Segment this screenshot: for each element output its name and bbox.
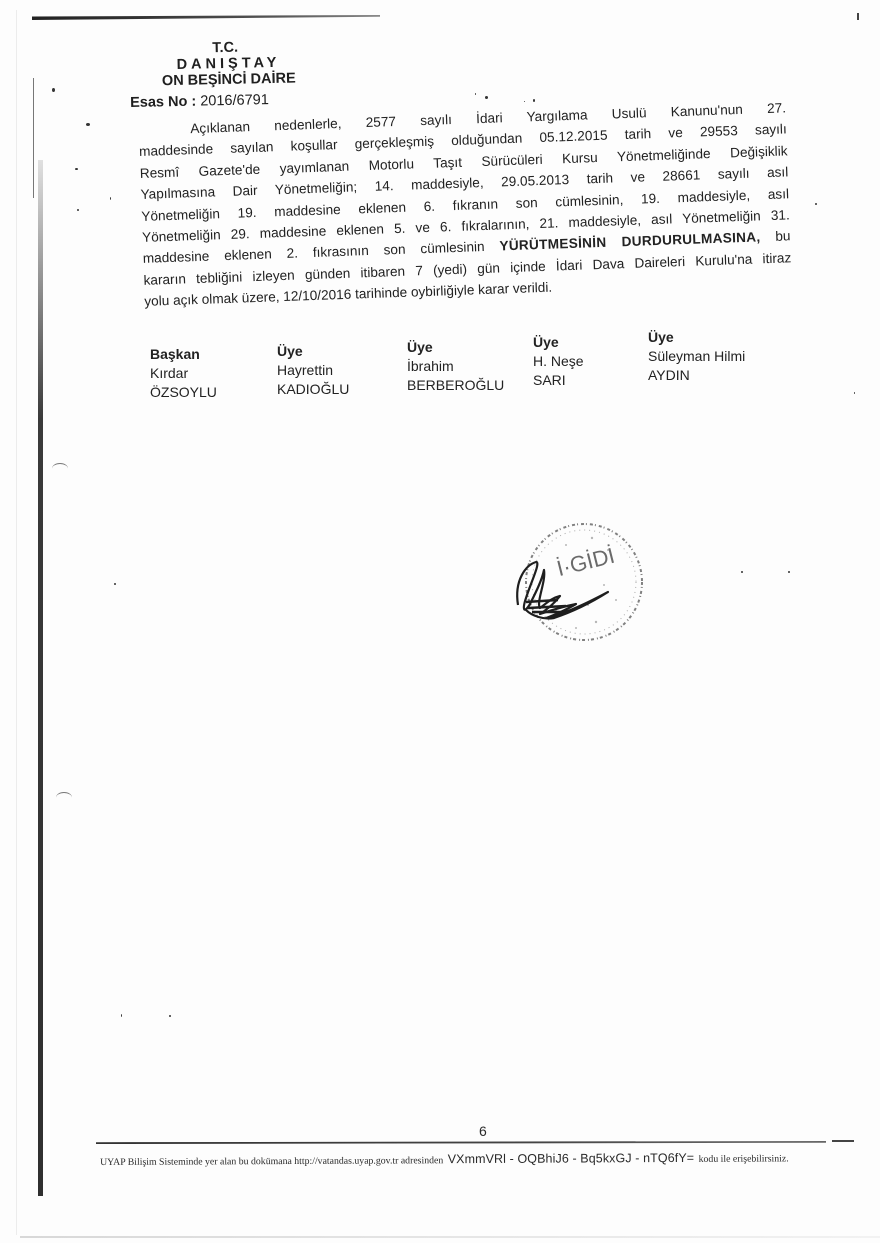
scan-speck — [86, 123, 90, 126]
corner-tick-mark — [857, 13, 859, 20]
signatory-president: Başkan Kırdar ÖZSOYLU — [150, 345, 217, 402]
signatory-role: Başkan — [150, 345, 217, 364]
punch-hole-mark — [52, 463, 68, 474]
signatory-member: Üye H. Neşe SARI — [533, 333, 584, 390]
svg-text:İ·GİDİ: İ·GİDİ — [554, 543, 617, 581]
scan-speck — [77, 209, 79, 211]
scan-speck — [121, 1014, 122, 1017]
signatory-role: Üye — [533, 333, 584, 352]
signatory-first-name: H. Neşe — [533, 352, 584, 371]
signatory-member: Üye Süleyman Hilmi AYDIN — [648, 328, 745, 385]
case-number-value: 2016/6791 — [200, 92, 269, 109]
signatory-member: Üye İbrahim BERBEROĞLU — [407, 338, 504, 395]
scan-speck — [741, 571, 743, 573]
signatory-last-name: BERBEROĞLU — [407, 376, 504, 395]
footer-rule-end — [832, 1140, 854, 1142]
verification-code: VXmmVRl - OQBhiJ6 - Bq5kxGJ - nTQ6fY= — [448, 1151, 695, 1166]
scan-speck — [524, 101, 525, 102]
verification-prefix: UYAP Bilişim Sisteminde yer alan bu dokü… — [100, 1155, 443, 1168]
header-chamber: ON BEŞİNCİ DAİRE — [129, 70, 329, 90]
page-number: 6 — [479, 1123, 487, 1139]
case-number-line: Esas No : 2016/6791 — [130, 92, 269, 111]
decision-paragraph: Açıklanan nedenlerle, 2577 sayılı İdari … — [138, 97, 792, 312]
scan-speck — [788, 571, 790, 573]
signatory-first-name: Süleyman Hilmi — [648, 347, 745, 366]
signatory-last-name: SARI — [533, 371, 584, 390]
scan-speck — [475, 93, 476, 95]
signatory-role: Üye — [407, 338, 504, 357]
verification-footer: UYAP Bilişim Sisteminde yer alan bu dokü… — [100, 1148, 789, 1170]
scan-speck — [52, 88, 55, 92]
signatory-last-name: AYDIN — [648, 366, 745, 385]
scan-edge-bottom — [20, 1236, 880, 1238]
scanned-document-page: T.C. DANIŞTAY ON BEŞİNCİ DAİRE Esas No :… — [0, 0, 880, 1243]
signatory-first-name: Hayrettin — [277, 361, 349, 380]
binding-line-top — [33, 78, 34, 198]
signatories-block: Başkan Kırdar ÖZSOYLU Üye Hayrettin KADI… — [150, 330, 790, 410]
signatory-member: Üye Hayrettin KADIOĞLU — [277, 342, 349, 399]
official-seal-stamp: İ·GİDİ — [496, 510, 646, 660]
scan-edge-left — [16, 10, 17, 1235]
punch-hole-mark — [56, 792, 72, 803]
line-text: bu — [760, 229, 791, 245]
verification-suffix: kodu ile erişebilirsiniz. — [699, 1153, 789, 1164]
scan-speck — [533, 99, 535, 102]
scan-speck — [854, 392, 855, 394]
binding-line — [38, 160, 43, 1196]
footer-rule — [96, 1141, 826, 1144]
seal-icon: İ·GİDİ — [496, 510, 646, 660]
signatory-first-name: Kırdar — [150, 364, 217, 383]
scan-speck — [110, 197, 111, 200]
case-number-label: Esas No : — [130, 94, 196, 111]
scan-speck — [815, 203, 817, 205]
document-header: T.C. DANIŞTAY ON BEŞİNCİ DAİRE — [128, 38, 329, 90]
scan-speck — [485, 96, 488, 99]
scan-speck — [75, 168, 78, 170]
signatory-role: Üye — [277, 342, 349, 361]
scan-speck — [114, 583, 116, 585]
signatory-last-name: KADIOĞLU — [277, 380, 349, 399]
scan-speck — [169, 1015, 171, 1017]
signatory-role: Üye — [648, 328, 745, 347]
header-rule — [32, 15, 380, 20]
signatory-last-name: ÖZSOYLU — [150, 383, 217, 402]
signatory-first-name: İbrahim — [407, 357, 504, 376]
